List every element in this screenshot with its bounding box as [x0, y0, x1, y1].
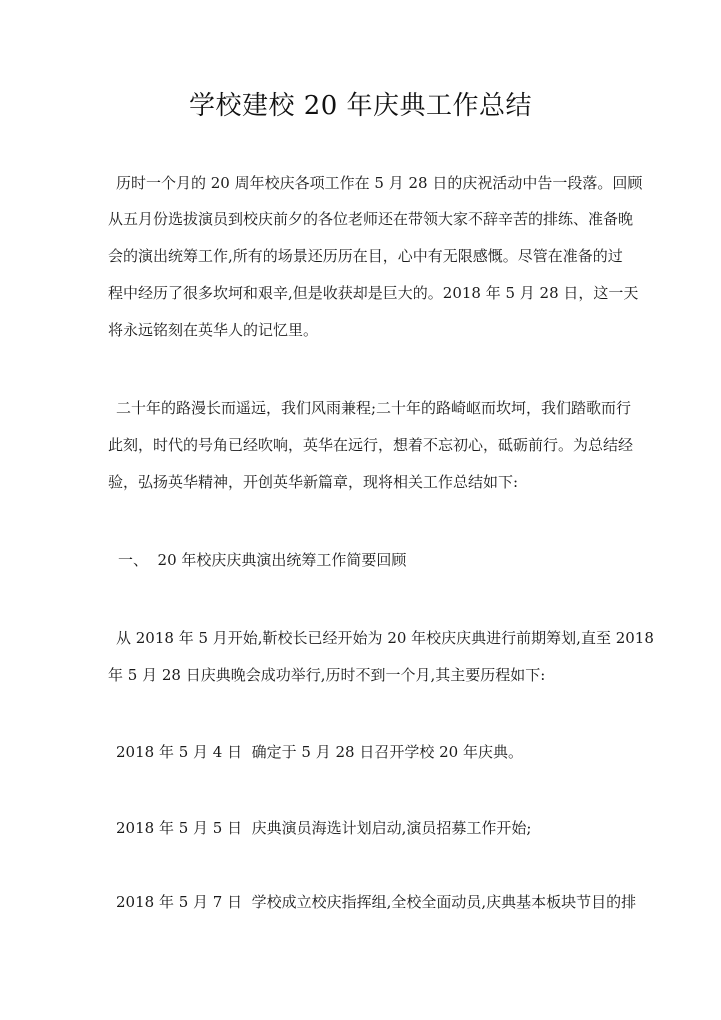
paragraph-1-line-2: 从五月份选拔演员到校庆前夕的各位老师还在带领大家不辞辛苦的排练、准备晚 — [108, 208, 614, 230]
timeline-entry-1: 2018 年 5 月 4 日 确定于 5 月 28 日召开学校 20 年庆典。 — [116, 741, 614, 763]
paragraph-1-line-5: 将永远铭刻在英华人的记忆里。 — [108, 319, 614, 341]
paragraph-1-line-3: 会的演出统筹工作,所有的场景还历历在目，心中有无限感慨。尽管在准备的过 — [108, 245, 614, 267]
timeline-entry-2: 2018 年 5 月 5 日 庆典演员海选计划启动,演员招募工作开始; — [116, 817, 614, 839]
paragraph-3-line-2: 年 5 月 28 日庆典晚会成功举行,历时不到一个月,其主要历程如下: — [108, 664, 614, 686]
paragraph-1-line-1: 历时一个月的 20 周年校庆各项工作在 5 月 28 日的庆祝活动中告一段落。回… — [116, 172, 614, 194]
document-page: 学校建校 20 年庆典工作总结 历时一个月的 20 周年校庆各项工作在 5 月 … — [0, 0, 721, 1020]
timeline-entry-3: 2018 年 5 月 7 日 学校成立校庆指挥组,全校全面动员,庆典基本板块节目… — [116, 891, 614, 913]
paragraph-2-line-1: 二十年的路漫长而遥远，我们风雨兼程;二十年的路崎岖而坎坷，我们踏歌而行 — [116, 397, 614, 419]
paragraph-2-line-2: 此刻，时代的号角已经吹响，英华在远行，想着不忘初心，砥砺前行。为总结经 — [108, 434, 614, 456]
section-heading: 一、 20 年校庆庆典演出统筹工作简要回顾 — [118, 549, 624, 571]
paragraph-1-line-4: 程中经历了很多坎坷和艰辛,但是收获却是巨大的。2018 年 5 月 28 日，这… — [108, 282, 614, 304]
document-title: 学校建校 20 年庆典工作总结 — [0, 86, 721, 126]
paragraph-3-line-1: 从 2018 年 5 月开始,靳校长已经开始为 20 年校庆庆典进行前期筹划,直… — [116, 627, 614, 649]
paragraph-2-line-3: 验，弘扬英华精神，开创英华新篇章，现将相关工作总结如下: — [108, 471, 614, 493]
